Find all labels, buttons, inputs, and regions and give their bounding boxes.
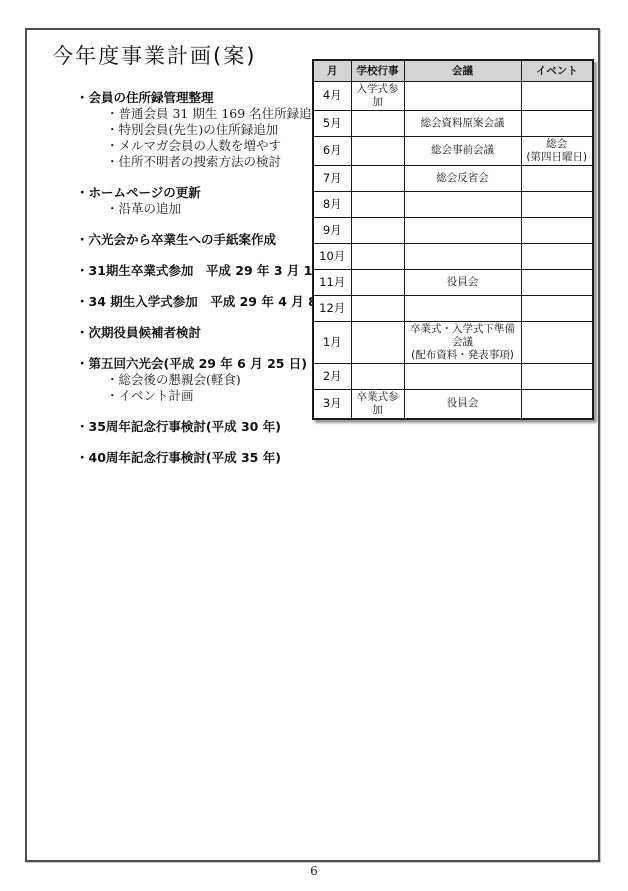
plan-subitem: ・沿革の追加 — [106, 201, 326, 217]
table-row: 7月 総会反省会 — [313, 165, 593, 191]
plan-sublist: ・総会後の懇親会(軽食) ・イベント計画 — [106, 372, 326, 404]
cell-event — [521, 295, 593, 321]
table-row: 9月 — [313, 217, 593, 243]
cell-month: 6月 — [313, 136, 351, 165]
plan-item: ・第五回六光会(平成 29 年 6 月 25 日) ・総会後の懇親会(軽食) ・… — [76, 356, 326, 404]
plan-item-label: ・34 期生入学式参加 平成 29 年 4 月 8 日 — [76, 294, 326, 310]
cell-event — [521, 191, 593, 217]
plan-item-label: ・次期役員候補者検討 — [76, 325, 326, 341]
cell-meeting — [404, 295, 521, 321]
cell-school-event — [351, 295, 404, 321]
plan-subitem: ・総会後の懇親会(軽食) — [106, 372, 326, 388]
cell-meeting — [404, 243, 521, 269]
plan-item-label: ・ホームページの更新 — [76, 185, 326, 201]
plan-sublist: ・沿革の追加 — [106, 201, 326, 217]
cell-event — [521, 110, 593, 136]
plan-item: ・六光会から卒業生への手紙案作成 — [76, 232, 326, 248]
cell-month: 12月 — [313, 295, 351, 321]
cell-month: 8月 — [313, 191, 351, 217]
table-row: 10月 — [313, 243, 593, 269]
plan-item-label: ・35周年記念行事検討(平成 30 年) — [76, 419, 326, 435]
plan-subitem: ・普通会員 31 期生 169 名住所録追加 — [106, 106, 326, 122]
table-row: 6月 総会事前会議 総会 (第四日曜日) — [313, 136, 593, 165]
cell-month: 4月 — [313, 81, 351, 110]
plan-item-label: ・会員の住所録管理整理 — [76, 90, 326, 106]
cell-school-event — [351, 165, 404, 191]
table-row: 5月 総会資料原案会議 — [313, 110, 593, 136]
cell-meeting — [404, 217, 521, 243]
cell-meeting: 総会反省会 — [404, 165, 521, 191]
cell-school-event: 卒業式参加 — [351, 389, 404, 419]
cell-school-event — [351, 136, 404, 165]
header-month: 月 — [313, 60, 351, 81]
cell-school-event — [351, 363, 404, 389]
plan-list: ・会員の住所録管理整理 ・普通会員 31 期生 169 名住所録追加 ・特別会員… — [76, 90, 326, 481]
table-row: 4月 入学式参加 — [313, 81, 593, 110]
table-row: 8月 — [313, 191, 593, 217]
cell-event — [521, 165, 593, 191]
table-row: 1月 卒業式・入学式下準備会議 (配布資料・発表事項) — [313, 321, 593, 363]
plan-item: ・31期生卒業式参加 平成 29 年 3 月 14 日 — [76, 263, 326, 279]
table-row: 3月 卒業式参加 役員会 — [313, 389, 593, 419]
cell-school-event — [351, 191, 404, 217]
cell-month: 3月 — [313, 389, 351, 419]
page-frame: 今年度事業計画(案) ・会員の住所録管理整理 ・普通会員 31 期生 169 名… — [25, 28, 600, 862]
cell-school-event — [351, 269, 404, 295]
header-school-event: 学校行事 — [351, 60, 404, 81]
cell-school-event — [351, 321, 404, 363]
table-row: 11月 役員会 — [313, 269, 593, 295]
plan-item: ・35周年記念行事検討(平成 30 年) — [76, 419, 326, 435]
plan-subitem: ・イベント計画 — [106, 388, 326, 404]
table-row: 12月 — [313, 295, 593, 321]
schedule-table: 月 学校行事 会議 イベント 4月 入学式参加 5月 総会資料原案会議 6月 — [312, 59, 594, 420]
plan-item-label: ・六光会から卒業生への手紙案作成 — [76, 232, 326, 248]
header-meeting: 会議 — [404, 60, 521, 81]
page-number: 6 — [0, 864, 628, 878]
cell-meeting — [404, 191, 521, 217]
cell-event — [521, 389, 593, 419]
plan-item: ・次期役員候補者検討 — [76, 325, 326, 341]
plan-item: ・ホームページの更新 ・沿革の追加 — [76, 185, 326, 217]
cell-event: 総会 (第四日曜日) — [521, 136, 593, 165]
cell-month: 9月 — [313, 217, 351, 243]
cell-month: 2月 — [313, 363, 351, 389]
cell-month: 10月 — [313, 243, 351, 269]
table-header-row: 月 学校行事 会議 イベント — [313, 60, 593, 81]
plan-subitem: ・特別会員(先生)の住所録追加 — [106, 122, 326, 138]
cell-meeting: 総会事前会議 — [404, 136, 521, 165]
plan-subitem: ・メルマガ会員の人数を増やす — [106, 138, 326, 154]
cell-meeting — [404, 363, 521, 389]
cell-event — [521, 363, 593, 389]
plan-item-label: ・第五回六光会(平成 29 年 6 月 25 日) — [76, 356, 326, 372]
cell-month: 11月 — [313, 269, 351, 295]
cell-event — [521, 81, 593, 110]
cell-school-event: 入学式参加 — [351, 81, 404, 110]
plan-sublist: ・普通会員 31 期生 169 名住所録追加 ・特別会員(先生)の住所録追加 ・… — [106, 106, 326, 170]
cell-event — [521, 321, 593, 363]
plan-item-label: ・31期生卒業式参加 平成 29 年 3 月 14 日 — [76, 263, 326, 279]
page-title: 今年度事業計画(案) — [52, 40, 256, 70]
plan-item: ・40周年記念行事検討(平成 35 年) — [76, 450, 326, 466]
plan-item-label: ・40周年記念行事検討(平成 35 年) — [76, 450, 326, 466]
cell-month: 1月 — [313, 321, 351, 363]
table-row: 2月 — [313, 363, 593, 389]
plan-subitem: ・住所不明者の捜索方法の検討 — [106, 154, 326, 170]
cell-month: 5月 — [313, 110, 351, 136]
cell-event — [521, 243, 593, 269]
cell-meeting: 総会資料原案会議 — [404, 110, 521, 136]
cell-meeting: 役員会 — [404, 389, 521, 419]
plan-item: ・会員の住所録管理整理 ・普通会員 31 期生 169 名住所録追加 ・特別会員… — [76, 90, 326, 170]
cell-school-event — [351, 243, 404, 269]
plan-item: ・34 期生入学式参加 平成 29 年 4 月 8 日 — [76, 294, 326, 310]
cell-month: 7月 — [313, 165, 351, 191]
header-event: イベント — [521, 60, 593, 81]
cell-event — [521, 269, 593, 295]
cell-school-event — [351, 110, 404, 136]
cell-meeting: 役員会 — [404, 269, 521, 295]
cell-meeting — [404, 81, 521, 110]
cell-event — [521, 217, 593, 243]
cell-meeting: 卒業式・入学式下準備会議 (配布資料・発表事項) — [404, 321, 521, 363]
cell-school-event — [351, 217, 404, 243]
